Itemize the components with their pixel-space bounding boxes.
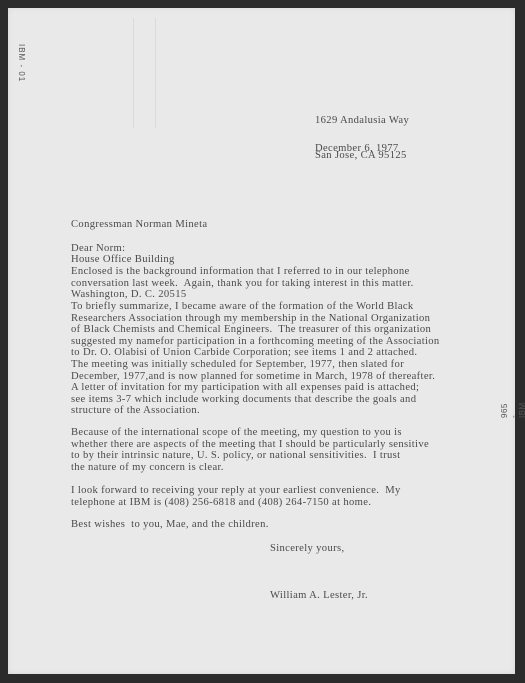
recipient-building: House Office Building <box>71 254 207 266</box>
sender-address: 1629 Andalusia Way San Jose, CA 95125 <box>315 92 409 185</box>
text-line: suggested my namefor participation in a … <box>71 336 491 348</box>
text-line: telephone at IBM is (408) 256-6818 and (… <box>71 497 491 509</box>
letter-date: December 6, 1977 <box>315 143 399 155</box>
text-line: Researchers Association through my membe… <box>71 313 491 325</box>
text-line: to Dr. O. Olabisi of Union Carbide Corpo… <box>71 347 491 359</box>
text-line: conversation last week. Again, thank you… <box>71 278 491 290</box>
text-line: of Black Chemists and Chemical Engineers… <box>71 324 491 336</box>
text-line: The meeting was initially scheduled for … <box>71 359 491 371</box>
text-line: Because of the international scope of th… <box>71 427 491 439</box>
paper-fold-mark <box>155 18 156 128</box>
signature-name: William A. Lester, Jr. <box>270 590 368 602</box>
paragraph-4: I look forward to receiving your reply a… <box>71 485 491 508</box>
paper-fold-mark <box>133 18 134 128</box>
text-line: to by their intrinsic nature, U. S. poli… <box>71 450 491 462</box>
archive-stamp-left: IBM - 01 <box>17 44 26 82</box>
text-line: see items 3-7 which include working docu… <box>71 394 491 406</box>
text-line: A letter of invitation for my participat… <box>71 382 491 394</box>
salutation: Dear Norm: <box>71 243 125 255</box>
text-line: I look forward to receiving your reply a… <box>71 485 491 497</box>
text-line: Enclosed is the background information t… <box>71 266 491 278</box>
text-line: the nature of my concern is clear. <box>71 462 491 474</box>
recipient-name: Congressman Norman Mineta <box>71 219 207 231</box>
text-line: To briefly summarize, I became aware of … <box>71 301 491 313</box>
paragraph-1: Enclosed is the background information t… <box>71 266 491 289</box>
letter-page: IBM - 01 965 - IBM - 01 1629 Andalusia W… <box>8 8 515 674</box>
text-line: structure of the Association. <box>71 405 491 417</box>
text-line: December, 1977,and is now planned for so… <box>71 371 491 383</box>
recipient-city: Washington, D. C. 20515 <box>71 289 207 301</box>
sender-street: 1629 Andalusia Way <box>315 115 409 127</box>
paragraph-3: Because of the international scope of th… <box>71 427 491 473</box>
text-line: Best wishes to you, Mae, and the childre… <box>71 519 491 531</box>
paragraph-2: To briefly summarize, I became aware of … <box>71 301 491 417</box>
archive-stamp-right: 965 - IBM - 01 <box>500 402 525 418</box>
closing: Sincerely yours, <box>270 543 344 555</box>
text-line: whether there are aspects of the meeting… <box>71 439 491 451</box>
paragraph-5: Best wishes to you, Mae, and the childre… <box>71 519 491 531</box>
